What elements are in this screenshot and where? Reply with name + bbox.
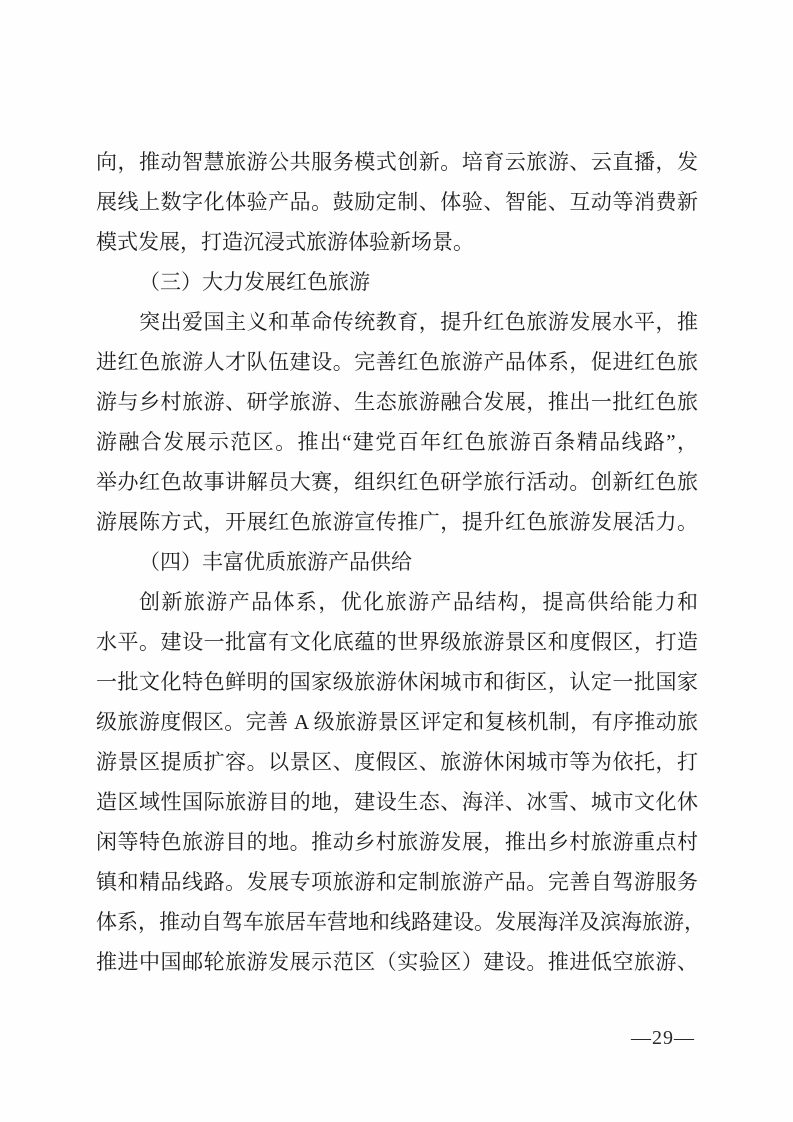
doc-line: 游景区提质扩容。以景区、度假区、旅游休闲城市等为依托，打: [96, 742, 698, 782]
doc-line: 水平。建设一批富有文化底蕴的世界级旅游景区和度假区，打造: [96, 622, 698, 662]
doc-line: 体系，推动自驾车旅居车营地和线路建设。发展海洋及滨海旅游，: [96, 902, 698, 942]
doc-line: 游融合发展示范区。推出“建党百年红色旅游百条精品线路”，: [96, 422, 698, 462]
doc-line: 推进中国邮轮旅游发展示范区（实验区）建设。推进低空旅游、: [96, 942, 698, 982]
doc-line: 级旅游度假区。完善 A 级旅游景区评定和复核机制，有序推动旅: [96, 702, 698, 742]
page-number: —29—: [631, 1026, 695, 1050]
doc-line: 展线上数字化体验产品。鼓励定制、体验、智能、互动等消费新: [96, 182, 698, 222]
doc-line: 游展陈方式，开展红色旅游宣传推广，提升红色旅游发展活力。: [96, 502, 698, 542]
document-body: 向，推动智慧旅游公共服务模式创新。培育云旅游、云直播，发展线上数字化体验产品。鼓…: [96, 142, 698, 982]
doc-line: 造区域性国际旅游目的地，建设生态、海洋、冰雪、城市文化休: [96, 782, 698, 822]
doc-line: 向，推动智慧旅游公共服务模式创新。培育云旅游、云直播，发: [96, 142, 698, 182]
doc-line: 闲等特色旅游目的地。推动乡村旅游发展，推出乡村旅游重点村: [96, 822, 698, 862]
doc-line: 镇和精品线路。发展专项旅游和定制旅游产品。完善自驾游服务: [96, 862, 698, 902]
doc-line: 模式发展，打造沉浸式旅游体验新场景。: [96, 222, 698, 262]
document-page: 向，推动智慧旅游公共服务模式创新。培育云旅游、云直播，发展线上数字化体验产品。鼓…: [0, 0, 793, 1122]
doc-line: 突出爱国主义和革命传统教育，提升红色旅游发展水平，推: [96, 302, 698, 342]
doc-line: 创新旅游产品体系，优化旅游产品结构，提高供给能力和: [96, 582, 698, 622]
section-heading: （三）大力发展红色旅游: [96, 262, 698, 302]
doc-line: 游与乡村旅游、研学旅游、生态旅游融合发展，推出一批红色旅: [96, 382, 698, 422]
doc-line: 进红色旅游人才队伍建设。完善红色旅游产品体系，促进红色旅: [96, 342, 698, 382]
doc-line: 举办红色故事讲解员大赛，组织红色研学旅行活动。创新红色旅: [96, 462, 698, 502]
section-heading: （四）丰富优质旅游产品供给: [96, 542, 698, 582]
doc-line: 一批文化特色鲜明的国家级旅游休闲城市和街区，认定一批国家: [96, 662, 698, 702]
